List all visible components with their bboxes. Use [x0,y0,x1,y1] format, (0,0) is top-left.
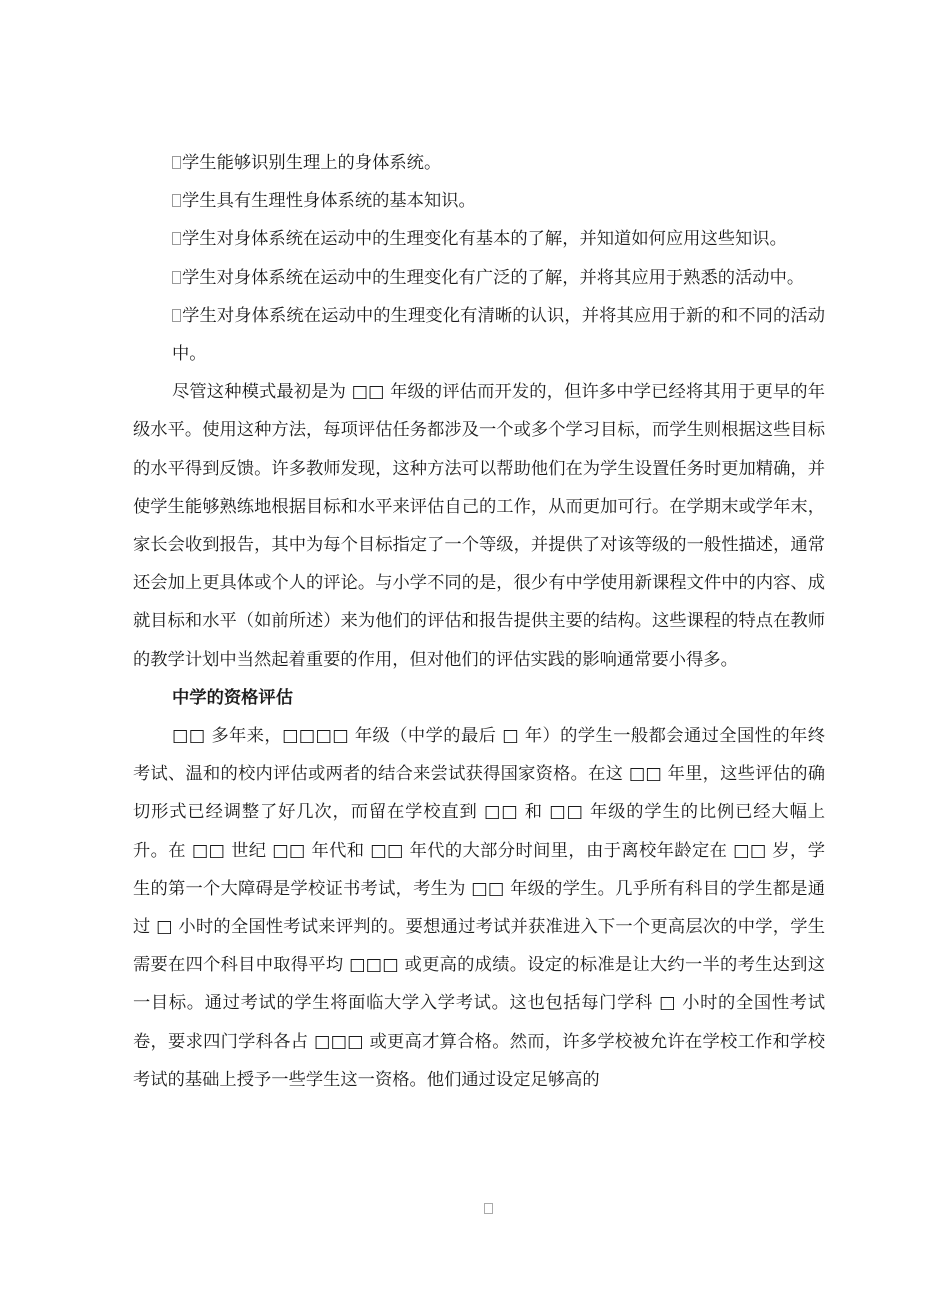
bullet-glyph-icon [172,309,181,322]
list-item: 学生对身体系统在运动中的生理变化有清晰的认识，并将其应用于新的和不同的活动中。 [133,297,825,373]
list-item-text: 学生对身体系统在运动中的生理变化有基本的了解，并知道如何应用这些知识。 [182,229,787,249]
paragraph-assessment-model: 尽管这种模式最初是为 □□ 年级的评估而开发的，但许多中学已经将其用于更早的年级… [133,373,825,679]
list-item: 学生对身体系统在运动中的生理变化有基本的了解，并知道如何应用这些知识。 [133,220,825,258]
bullet-glyph-icon [172,271,181,284]
list-item-text: 学生能够识别生理上的身体系统。 [182,153,441,173]
document-page: 学生能够识别生理上的身体系统。 学生具有生理性身体系统的基本知识。 学生对身体系… [0,0,925,1308]
list-item: 学生能够识别生理上的身体系统。 [133,144,825,182]
bullet-glyph-icon [172,156,181,169]
bullet-glyph-icon [172,194,181,207]
page-number-glyph [484,1203,493,1214]
paragraph-qualifications: □□ 多年来，□□□□ 年级（中学的最后 □ 年）的学生一般都会通过全国性的年终… [133,717,825,1099]
list-item: 学生具有生理性身体系统的基本知识。 [133,182,825,220]
list-item-text: 学生具有生理性身体系统的基本知识。 [182,191,476,211]
list-item: 学生对身体系统在运动中的生理变化有广泛的了解，并将其应用于熟悉的活动中。 [133,259,825,297]
bullet-glyph-icon [172,232,181,245]
list-item-text: 学生对身体系统在运动中的生理变化有广泛的了解，并将其应用于熟悉的活动中。 [182,268,804,288]
list-item-text: 学生对身体系统在运动中的生理变化有清晰的认识，并将其应用于新的和不同的活动中。 [172,306,825,364]
document-body: 学生能够识别生理上的身体系统。 学生具有生理性身体系统的基本知识。 学生对身体系… [133,144,825,1099]
section-heading: 中学的资格评估 [133,679,825,717]
